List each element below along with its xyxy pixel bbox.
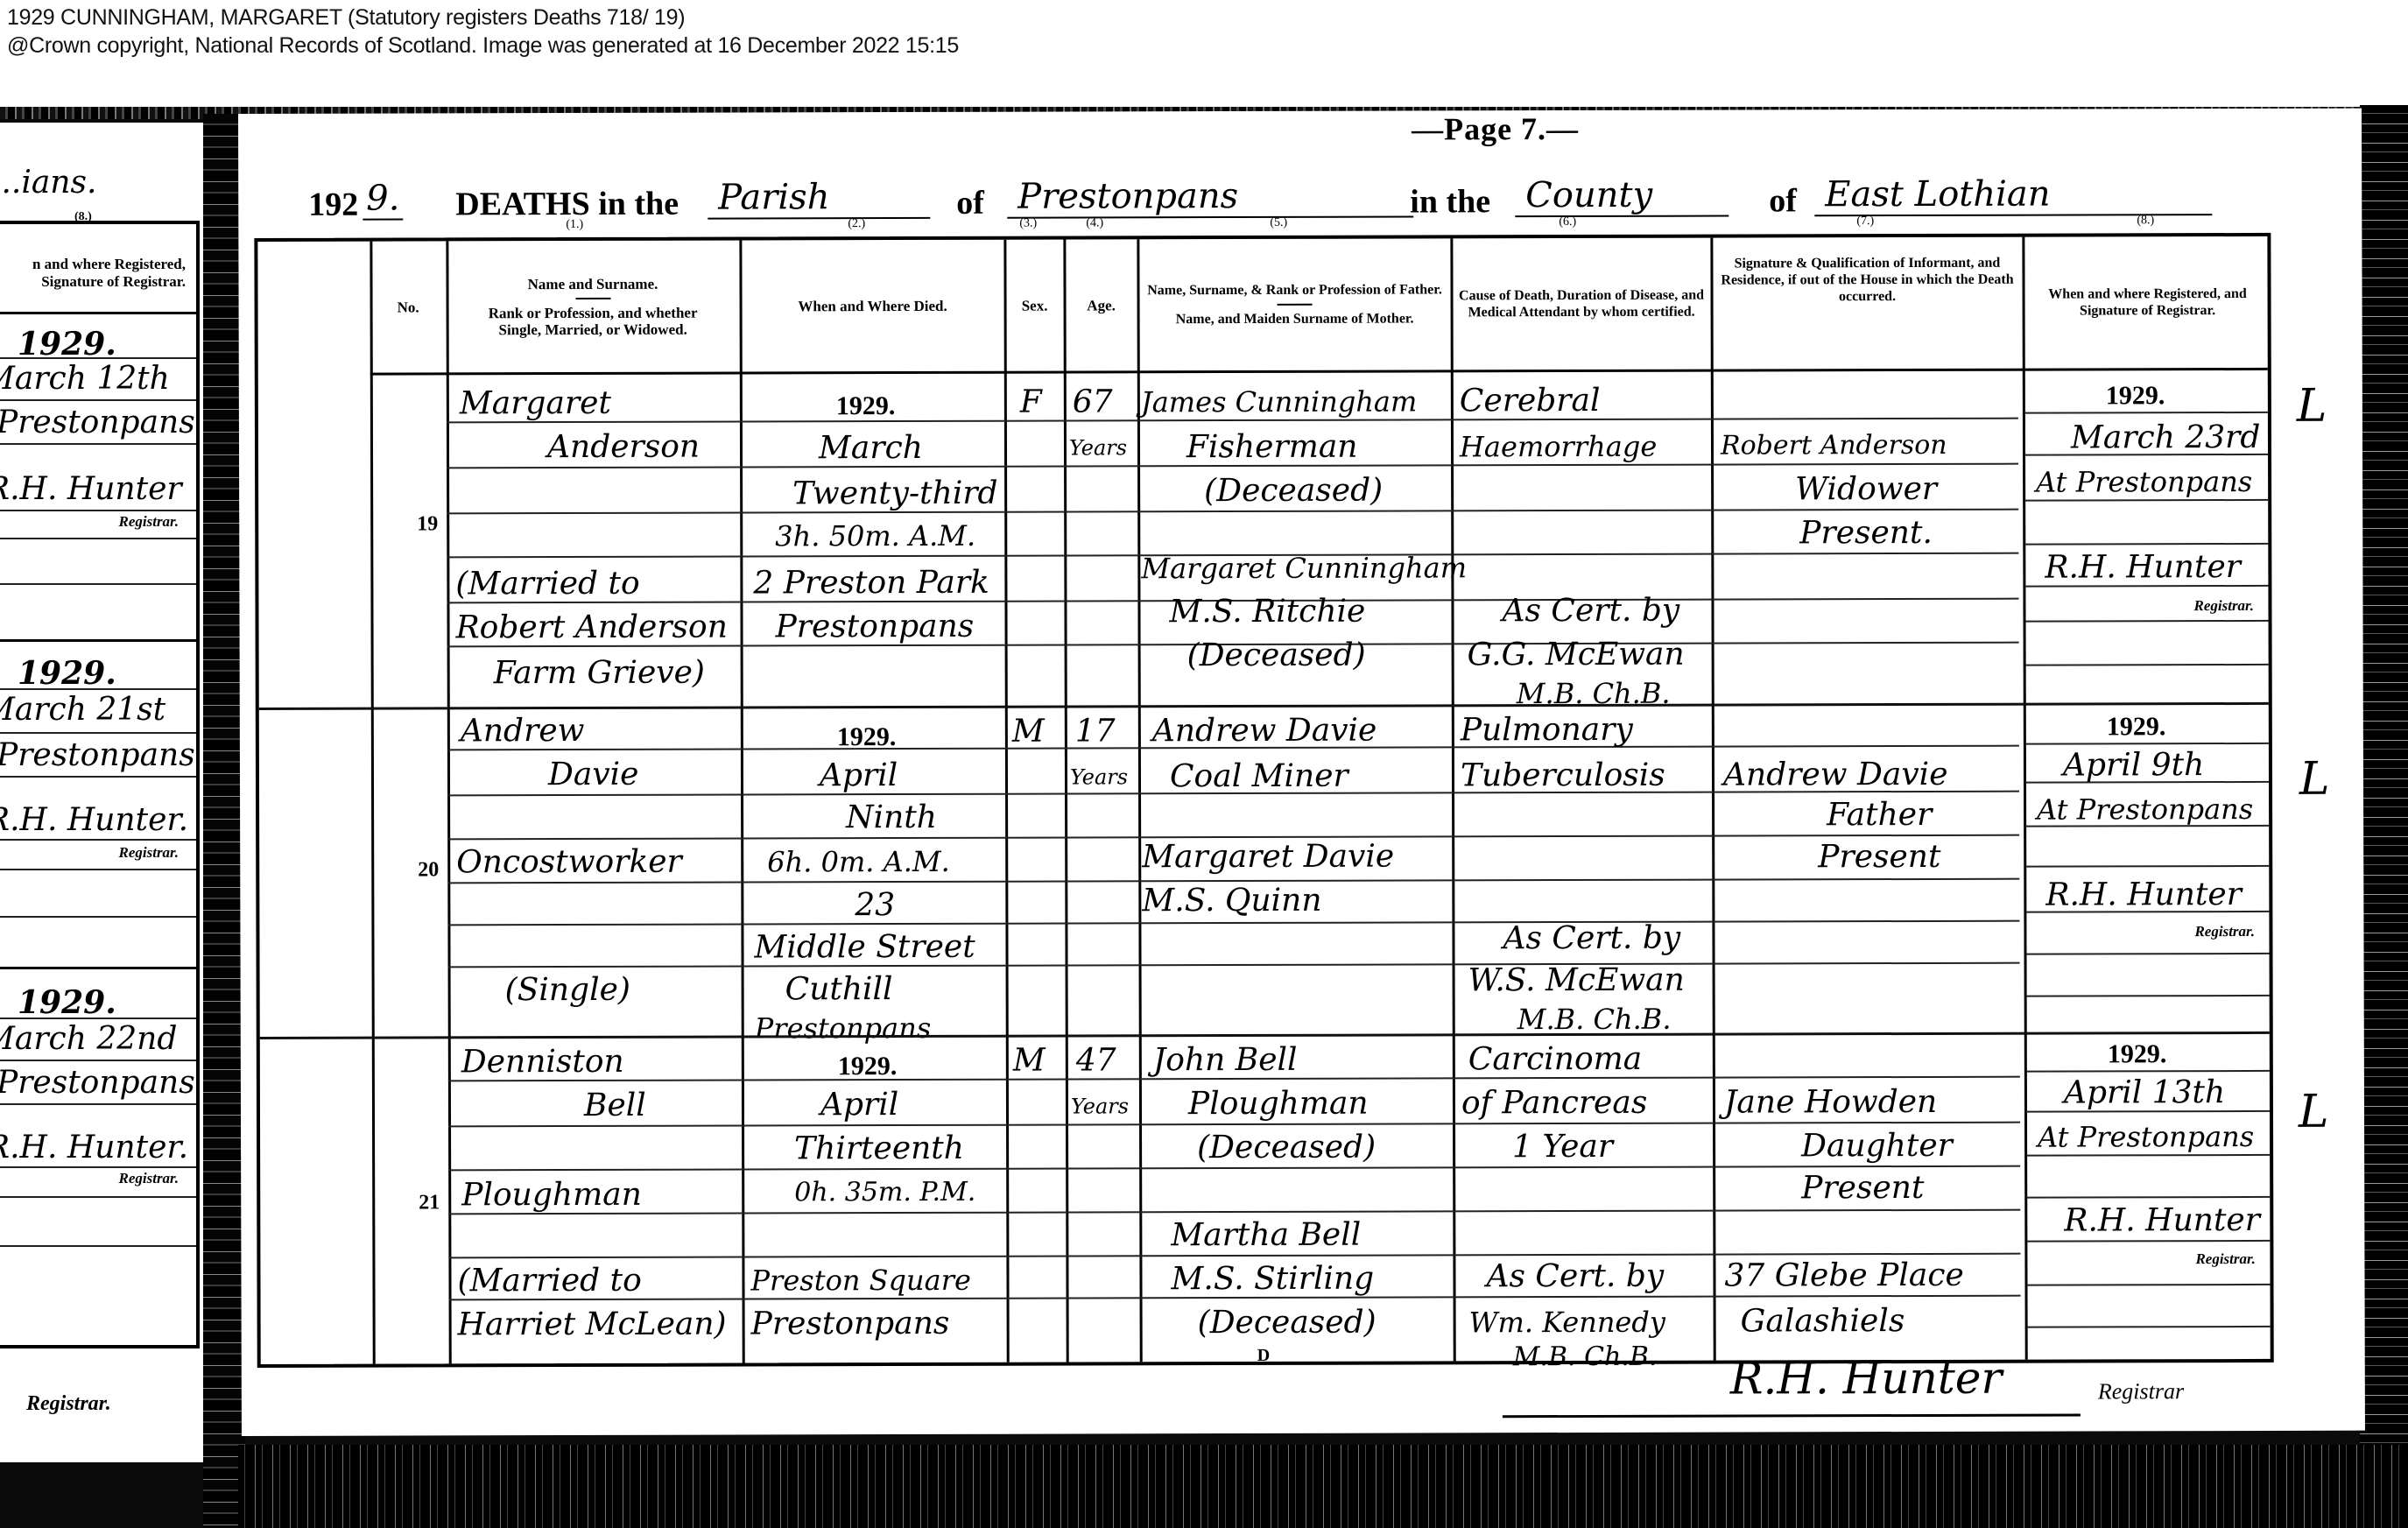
certified-by-line: As Cert. by (1486, 1259, 1664, 1295)
certified-by-line: As Cert. by (1502, 594, 1679, 630)
rule (0, 510, 196, 511)
death-day: Thirteenth (794, 1131, 964, 1167)
registered-year: 1929. (2108, 1037, 2167, 1072)
left-entry-registrar: Registrar. (119, 1170, 180, 1187)
death-month: March (819, 431, 923, 466)
father-occupation: Ploughman (1188, 1087, 1369, 1123)
informant-name: Andrew Davie (1723, 757, 1948, 793)
father-status: (Deceased) (1204, 474, 1383, 510)
deceased-surname: Davie (548, 757, 639, 792)
death-year: 1929. (837, 720, 897, 755)
sex-value: F (1020, 385, 1042, 420)
informant-presence: Present (1801, 1171, 1924, 1206)
margin-initial-21: L (2299, 1086, 2329, 1138)
mother-maiden-name: M.S. Quinn (1142, 884, 1321, 919)
rule (0, 869, 196, 870)
left-entry-year: 1929. (18, 984, 116, 1021)
registered-place: At Prestonpans (2037, 792, 2253, 827)
deceased-rank-line: Farm Grieve) (494, 656, 705, 692)
record-title: 1929 CUNNINGHAM, MARGARET (Statutory reg… (7, 5, 685, 31)
death-year: 1929. (838, 1049, 898, 1084)
header-age-label: Age. (1087, 297, 1116, 313)
cause-line: of Pancreas (1461, 1086, 1647, 1122)
father-name: Andrew Davie (1152, 714, 1377, 750)
rule (447, 509, 2018, 515)
district-name: Prestonpans (1007, 175, 1413, 218)
column-number-8: (8.) (2137, 214, 2154, 228)
left-entry-registrar: Registrar. (119, 513, 180, 531)
rule (2026, 1110, 2270, 1113)
certified-by-line: As Cert. by (1503, 921, 1680, 957)
registrar-label: Registrar. (2194, 923, 2255, 940)
registered-date: March 23rd (2071, 420, 2260, 456)
left-entry-signature: R.H. Hunter. (0, 1130, 188, 1165)
death-time: 0h. 35m. P.M. (794, 1175, 975, 1211)
father-name: John Bell (1153, 1043, 1298, 1078)
mother-maiden-name: M.S. Stirling (1171, 1262, 1374, 1298)
left-entry-place: Prestonpans (0, 1065, 195, 1101)
deceased-forename: Margaret (460, 386, 611, 421)
left-entry-date: March 21st (0, 692, 165, 728)
left-entry-registrar: Registrar. (119, 844, 180, 862)
rule (0, 1166, 196, 1168)
rule (0, 916, 196, 918)
footer-letter: D (1257, 1346, 1271, 1366)
cause-line: 1 Year (1512, 1130, 1613, 1165)
mother-maiden-name: M.S. Ritchie (1169, 595, 1365, 630)
registered-year: 1929. (2107, 709, 2166, 744)
rule (0, 583, 196, 585)
informant-residence: 37 Glebe Place (1724, 1258, 1963, 1294)
death-place-line: Prestonpans (755, 1010, 932, 1046)
footer-registrar-label: Registrar (2098, 1378, 2184, 1405)
informant-qualification: Father (1827, 798, 1932, 833)
of-label-1: of (956, 184, 984, 222)
death-day: Twenty-third (792, 476, 998, 512)
rule (448, 1122, 2020, 1128)
left-footer-registrar: Registrar. (26, 1392, 111, 1416)
rule (0, 688, 196, 690)
entry-divider (0, 639, 196, 642)
col-divider (1710, 238, 1715, 1361)
certified-by-line: M.B. Ch.B. (1513, 1340, 1658, 1375)
rule (0, 1245, 196, 1247)
left-entry-place: Prestonpans (0, 737, 195, 773)
header-registered: When and where Registered, and Signature… (2024, 236, 2271, 369)
certified-by-line: W.S. McEwan (1468, 963, 1685, 999)
death-month: April (820, 1088, 898, 1123)
rule (0, 399, 196, 401)
header-informant-label: Signature & Qualification of Informant, … (1712, 255, 2022, 306)
death-time: 6h. 0m. A.M. (767, 844, 950, 880)
rule (2027, 1326, 2271, 1328)
deceased-rank-line: Robert Anderson (455, 610, 727, 646)
age-unit: Years (1070, 759, 1128, 794)
col-divider (739, 240, 744, 1363)
deceased-forename: Andrew (461, 714, 585, 749)
header-when-where: When and Where Died. (741, 240, 1003, 372)
header-parents: Name, Surname, & Rank or Profession of F… (1138, 238, 1450, 370)
register-heading: 192 9. DEATHS in the Parish of Prestonpa… (238, 170, 2362, 228)
left-registered-column: n and where Registered, Signature of Reg… (0, 221, 200, 1348)
header-registered-label: When and where Registered, and Signature… (2024, 285, 2271, 320)
header-mother-label: Name, and Maiden Surname of Mother. (1176, 310, 1414, 327)
age-unit: Years (1071, 1088, 1129, 1123)
header-sex: Sex. (1005, 240, 1063, 371)
death-place-line: Middle Street (754, 930, 975, 966)
header-no-label: No. (398, 299, 419, 315)
father-status: (Deceased) (1197, 1130, 1376, 1166)
rule (2027, 1284, 2271, 1286)
cause-line: Haemorrhage (1460, 429, 1657, 465)
informant-presence: Present (1818, 840, 1940, 875)
rule (2026, 1196, 2270, 1199)
left-header-divider (0, 312, 196, 314)
rule (0, 538, 196, 539)
deceased-rank-line: (Single) (505, 973, 630, 1008)
entry-number: 19 (388, 512, 467, 536)
sex-value: M (1012, 715, 1045, 750)
register-page: —Page 7.— 192 9. DEATHS in the Parish of… (238, 109, 2365, 1436)
informant-name: Jane Howden (1724, 1085, 1937, 1121)
informant-residence: Galashiels (1741, 1304, 1905, 1339)
left-header-line-1: n and where Registered, (32, 256, 186, 273)
rule (2026, 953, 2270, 955)
cause-line: Tuberculosis (1461, 758, 1665, 794)
header-informant: Signature & Qualification of Informant, … (1712, 237, 2022, 370)
father-name: James Cunningham (1141, 384, 1418, 419)
header-cause-label: Cause of Death, Duration of Disease, and… (1453, 287, 1711, 321)
deceased-rank-line: Oncostworker (456, 845, 682, 881)
death-place-line: Prestonpans (775, 609, 974, 645)
rule (447, 920, 2019, 926)
header-rule (1278, 304, 1313, 306)
registrar-signature: R.H. Hunter (2045, 877, 2242, 913)
header-father-label: Name, Surname, & Rank or Profession of F… (1147, 281, 1442, 299)
left-entry-date: March 22nd (0, 1021, 177, 1057)
header-rank-label: Rank or Profession, and whether Single, … (447, 304, 740, 338)
informant-qualification: Widower (1795, 472, 1937, 507)
signature-line (1503, 1413, 2081, 1418)
rule (0, 732, 196, 734)
rule (0, 357, 196, 359)
father-occupation: Coal Miner (1170, 759, 1348, 795)
death-place-line: Preston Square (750, 1263, 971, 1299)
copyright-notice: @Crown copyright, National Records of Sc… (7, 33, 959, 59)
left-header-line-2: Signature of Registrar. (41, 273, 186, 291)
informant-qualification: Daughter (1801, 1129, 1953, 1164)
header-rule (575, 297, 610, 299)
death-place-line: 23 (855, 888, 895, 923)
death-place-line: 2 Preston Park (753, 566, 989, 602)
in-the-label: in the (1410, 182, 1490, 221)
header-cause: Cause of Death, Duration of Disease, and… (1452, 238, 1710, 370)
death-month: April (820, 758, 898, 793)
rule (0, 1103, 196, 1105)
year-prefix: 192 (308, 186, 358, 224)
left-county-fragment: ...ians. (0, 165, 96, 201)
left-entry-signature: R.H. Hunter (0, 471, 182, 507)
mother-status: (Deceased) (1198, 1306, 1377, 1341)
column-number-2: (2.) (848, 217, 865, 231)
header-name-label: Name and Surname. (528, 275, 658, 292)
mother-name: Martha Bell (1171, 1218, 1361, 1254)
page-number: —Page 7.— (1412, 110, 1579, 147)
registered-place: At Prestonpans (2036, 464, 2252, 500)
col-divider (370, 242, 375, 1364)
year-suffix: 9. (363, 179, 403, 221)
rule (2025, 620, 2269, 623)
rule (448, 962, 2020, 968)
age-value: 47 (1076, 1043, 1116, 1078)
death-year: 1929. (836, 389, 896, 424)
margin-initial-19: L (2297, 380, 2327, 433)
column-number-3: (3.) (1019, 217, 1037, 231)
rule (0, 1196, 196, 1198)
death-place-line: Prestonpans (751, 1306, 950, 1342)
death-place-line: Cuthill (785, 972, 893, 1007)
left-entry-place: Prestonpans (0, 405, 195, 440)
certified-by-line: Wm. Kennedy (1469, 1305, 1665, 1341)
informant-presence: Present. (1799, 516, 1933, 551)
deceased-surname: Bell (584, 1088, 646, 1123)
header-name: Name and Surname. Rank or Profession, an… (446, 241, 739, 373)
registrar-signature: R.H. Hunter (2045, 550, 2241, 586)
entry-divider (260, 1032, 2270, 1039)
column-number-7: (7.) (1856, 215, 1874, 229)
column-number-4: (4.) (1086, 216, 1103, 230)
informant-name: Robert Anderson (1721, 428, 1947, 464)
rule (2025, 664, 2269, 666)
cause-line: Pulmonary (1461, 713, 1633, 749)
column-number-5: (5.) (1270, 216, 1287, 230)
of-label-2: of (1769, 181, 1797, 220)
left-page-fragment: ...ians. (8.) n and where Registered, Si… (0, 123, 203, 1462)
deceased-rank-line: (Married to (457, 1264, 641, 1299)
county-type: County (1515, 175, 1729, 218)
rule (0, 1060, 196, 1061)
rule (0, 839, 196, 841)
county-name: East Lothian (1814, 173, 2212, 216)
registrar-label: Registrar. (2195, 1250, 2256, 1268)
age-value: 17 (1075, 714, 1116, 749)
district-type: Parish (708, 177, 930, 220)
header-sex-label: Sex. (1022, 297, 1048, 313)
death-time: 3h. 50m. A.M. (775, 518, 975, 554)
deceased-surname: Anderson (547, 430, 700, 465)
mother-name: Margaret Davie (1142, 840, 1394, 876)
registered-year: 1929. (2106, 378, 2165, 413)
registered-date: April 9th (2063, 748, 2204, 783)
header-no: No. (370, 241, 446, 372)
column-number-6: (6.) (1559, 215, 1576, 229)
rule (2025, 865, 2269, 868)
mother-name: Margaret Cunningham (1141, 550, 1467, 586)
rule (0, 1017, 196, 1019)
registrar-signature: R.H. Hunter (2064, 1203, 2260, 1239)
certified-by-line: G.G. McEwan (1468, 637, 1685, 673)
rule (2026, 995, 2270, 997)
footer-registrar-signature: R.H. Hunter (1730, 1353, 2003, 1405)
rule (0, 776, 196, 778)
cause-line: Cerebral (1460, 384, 1601, 419)
entry-divider (0, 967, 196, 969)
scan-right-edge (2360, 105, 2408, 1528)
rule (448, 1165, 2020, 1172)
registered-date: April 13th (2064, 1075, 2225, 1110)
deaths-register-table: No. Name and Surname. Rank or Profession… (254, 233, 2273, 1368)
entry-divider (259, 702, 2269, 710)
column-number-1: (1.) (566, 218, 583, 232)
rule (0, 443, 196, 445)
mother-status: (Deceased) (1187, 638, 1366, 674)
left-entry-year: 1929. (18, 655, 116, 692)
certified-by-line: M.B. Ch.B. (1517, 1002, 1672, 1037)
entry-number: 21 (390, 1191, 468, 1215)
age-unit: Years (1069, 430, 1127, 465)
header-when-where-label: When and Where Died. (798, 297, 947, 313)
deceased-rank-line: (Married to (455, 567, 639, 602)
left-entry-signature: R.H. Hunter. (0, 802, 188, 838)
left-entry-date: March 12th (0, 361, 170, 397)
father-occupation: Fisherman (1186, 430, 1358, 466)
col-divider (1063, 240, 1068, 1363)
death-day: Ninth (846, 800, 937, 835)
age-value: 67 (1073, 384, 1113, 419)
deceased-rank-line: Ploughman (461, 1178, 642, 1214)
deceased-forename: Denniston (461, 1045, 624, 1080)
col-divider (1450, 238, 1455, 1361)
rule (2024, 543, 2268, 546)
registered-place: At Prestonpans (2038, 1119, 2254, 1155)
registrar-label: Registrar. (2193, 597, 2254, 615)
sex-value: M (1013, 1044, 1046, 1079)
col-divider (1003, 240, 1009, 1363)
rule (448, 1209, 2020, 1215)
col-divider (2022, 237, 2027, 1360)
scan-bottom-edge (238, 1445, 2408, 1528)
rule (2026, 1240, 2270, 1243)
deceased-rank-line: Harriet McLean) (458, 1307, 727, 1343)
margin-initial-20: L (2299, 753, 2330, 806)
cause-line: Carcinoma (1468, 1042, 1642, 1078)
header-age: Age. (1065, 239, 1137, 370)
